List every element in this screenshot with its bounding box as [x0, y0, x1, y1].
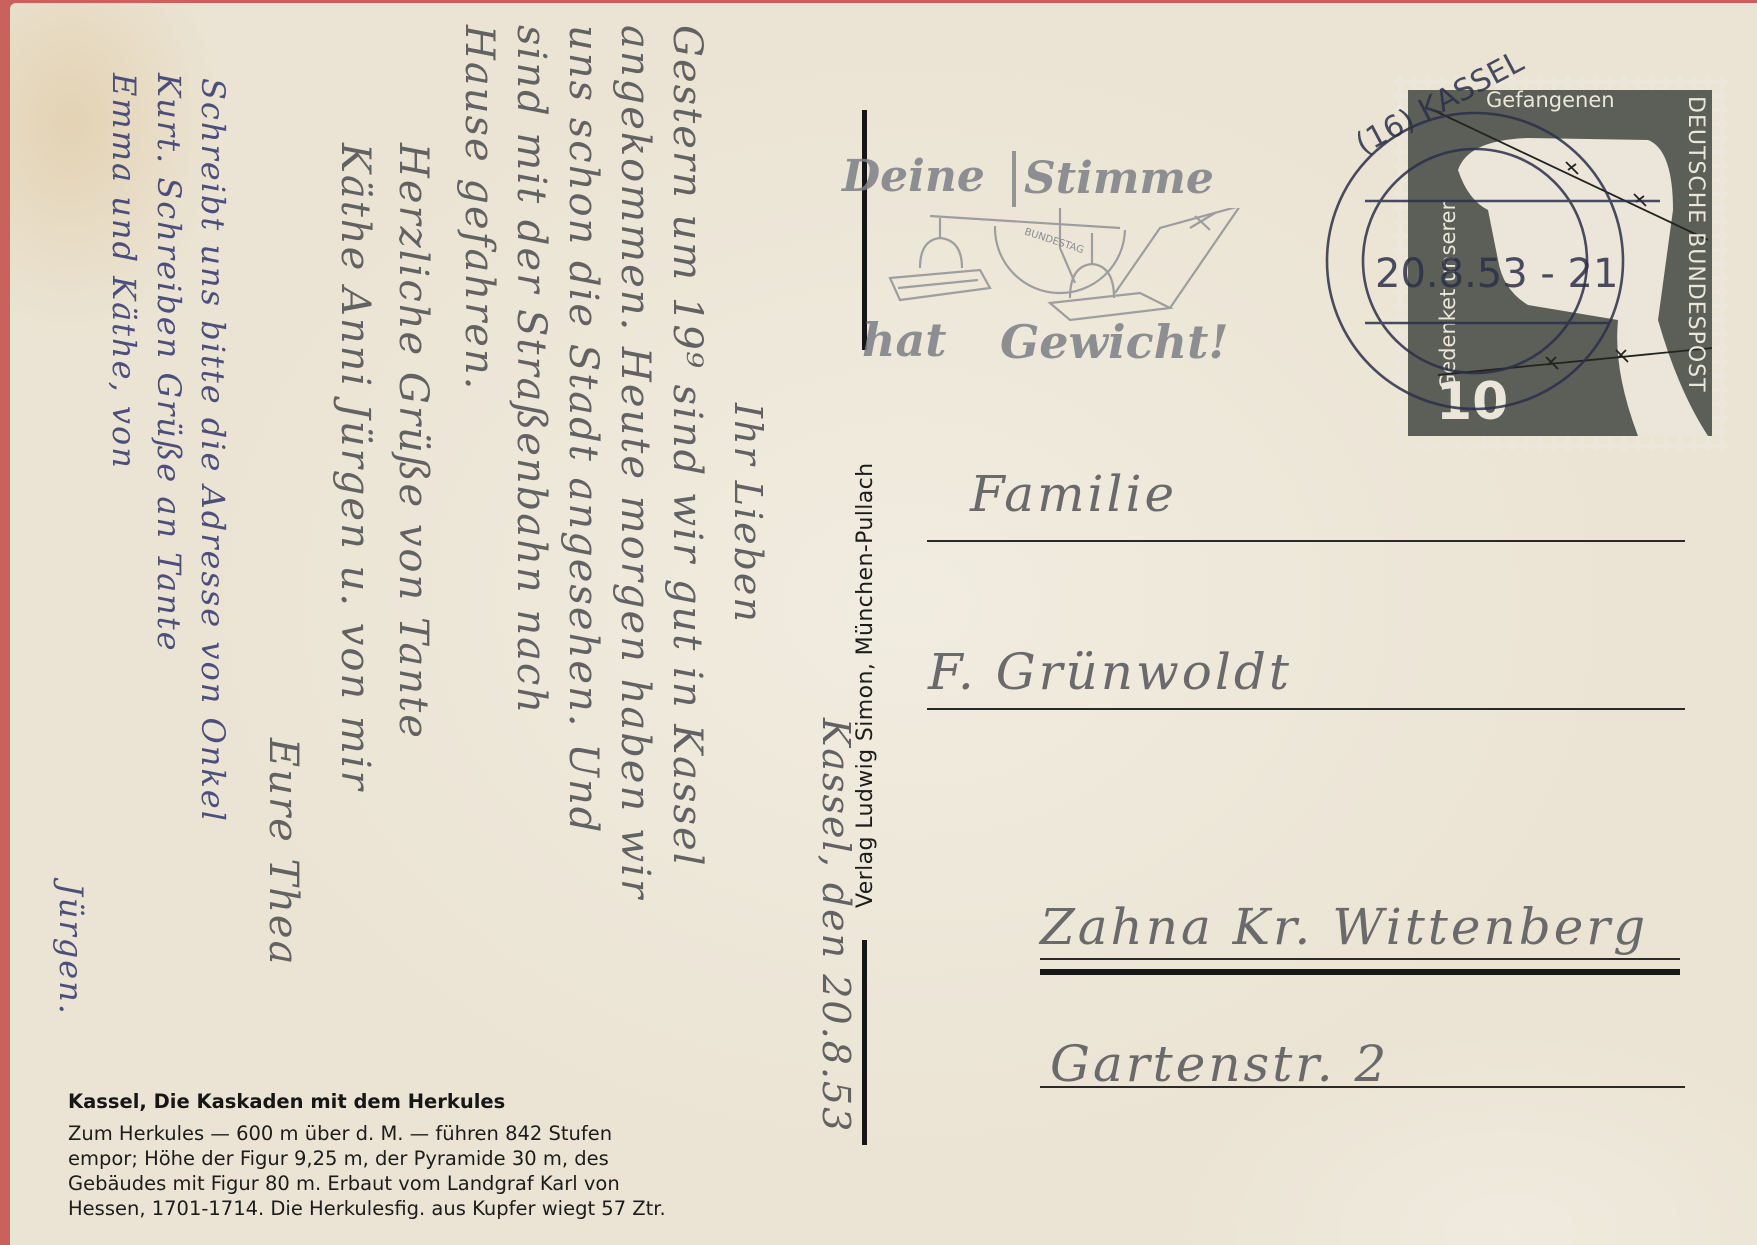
- address-line-city: Zahna Kr. Wittenberg: [1040, 898, 1648, 956]
- message-place-date: Kassel, den 20.8.53: [814, 718, 858, 1133]
- postcard-back: Verlag Ludwig Simon, München-Pullach Kas…: [10, 3, 1757, 1245]
- slogan-cancel-bar: [1012, 151, 1016, 207]
- message-line: sind mit der Straßenbahn nach: [508, 25, 554, 715]
- stamp-country: DEUTSCHE BUNDESPOST: [1683, 96, 1708, 393]
- address-rule: [1040, 958, 1680, 960]
- slogan-cancel-word: Deine: [842, 151, 985, 202]
- divider-line: [862, 940, 867, 1145]
- address-line-family: Familie: [970, 465, 1177, 523]
- greeting-line: Herzliche Grüße von Tante: [390, 143, 436, 740]
- address-rule: [927, 540, 1685, 542]
- message-line: uns schon die Stadt angesehen. Und: [560, 25, 606, 834]
- message-line: angekommen. Heute morgen haben wir: [612, 25, 658, 900]
- caption-line: Zum Herkules — 600 m über d. M. — führen…: [68, 1121, 858, 1146]
- postscript-line: Emma und Käthe, von: [105, 73, 143, 470]
- slogan-cancel-word: Stimme: [1024, 153, 1214, 204]
- greeting-line: Käthe Anni Jürgen u. von mir: [332, 143, 378, 792]
- caption-line: empor; Höhe der Figur 9,25 m, der Pyrami…: [68, 1146, 858, 1171]
- message-salutation: Ihr Lieben: [726, 403, 770, 624]
- postmark-date: 20.8.53 - 21: [1375, 251, 1618, 297]
- caption-line: Hessen, 1701-1714. Die Herkulesfig. aus …: [68, 1196, 858, 1221]
- address-line-name: F. Grünwoldt: [928, 643, 1292, 701]
- message-line: Hause gefahren.: [456, 25, 502, 391]
- message-line: Gestern um 19⁹ sind wir gut in Kassel: [664, 25, 710, 868]
- scale-illustration-icon: BUNDESTAG: [870, 208, 1250, 328]
- dial-label: BUNDESTAG: [1023, 227, 1085, 257]
- address-rule-destination: [1040, 969, 1680, 975]
- postscript-line: Schreibt uns bitte die Adresse von Onkel: [194, 78, 232, 823]
- caption-line: Gebäudes mit Figur 80 m. Erbaut vom Land…: [68, 1171, 858, 1196]
- caption-body: Zum Herkules — 600 m über d. M. — führen…: [68, 1121, 858, 1221]
- address-rule: [927, 708, 1685, 710]
- caption-title: Kassel, Die Kaskaden mit dem Herkules: [68, 1090, 505, 1113]
- postscript-line: Jürgen.: [52, 883, 90, 1016]
- signature: Eure Thea: [260, 738, 306, 966]
- postscript-line: Kurt. Schreiben Grüße an Tante: [150, 73, 188, 653]
- address-rule: [1040, 1086, 1685, 1088]
- address-line-street: Gartenstr. 2: [1050, 1035, 1389, 1093]
